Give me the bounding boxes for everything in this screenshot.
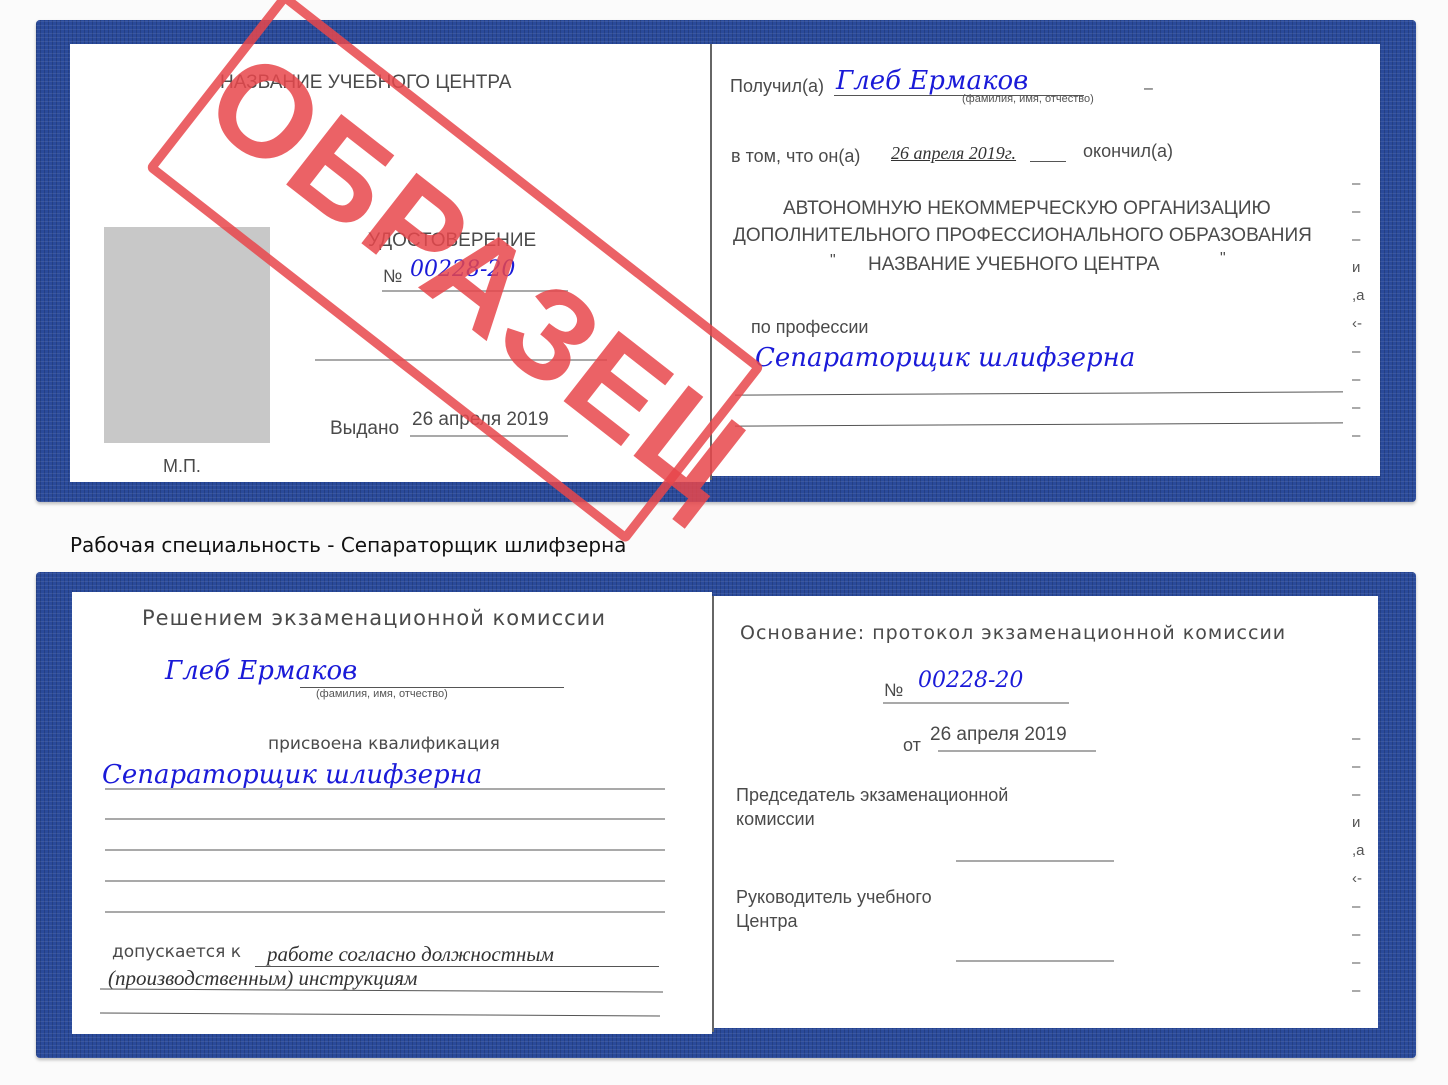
completed-label: окончил(а) [1083, 141, 1173, 162]
edge-mark: – [1352, 954, 1360, 971]
fio-hint: (фамилия, имя, отчество) [962, 93, 1094, 105]
qualification-label: присвоена квалификация [268, 734, 500, 754]
qualification-value: Сепараторщик шлифзерна [102, 760, 482, 790]
org-line-3: НАЗВАНИЕ УЧЕБНОГО ЦЕНТРА [868, 254, 1160, 276]
received-label: Получил(а) [730, 76, 824, 97]
that-label: в том, что он(а) [731, 146, 860, 167]
protocol-date-underline [938, 750, 1096, 752]
protocol-date-label: от [903, 735, 921, 756]
basis-title: Основание: протокол экзаменационной коми… [740, 622, 1286, 644]
org-quote-close: " [1220, 250, 1226, 268]
certificate-number: 00228-20 [410, 257, 515, 282]
number-underline [382, 290, 568, 292]
edge-mark: и [1352, 814, 1360, 831]
edge-mark: – [1352, 898, 1360, 915]
edge-mark: – [1352, 926, 1360, 943]
edge-mark: – [1352, 175, 1360, 192]
chairman-signature-line [956, 860, 1114, 862]
admitted-line-2: (производственным) инструкциям [108, 966, 417, 991]
edge-mark: – [1352, 399, 1360, 416]
edge-mark: – [1352, 343, 1360, 360]
recipient-name: Глеб Ермаков [836, 66, 1028, 96]
stamp-place-label: М.П. [163, 456, 201, 477]
photo-placeholder [104, 227, 270, 443]
specialty-caption: Рабочая специальность - Сепараторщик шли… [70, 533, 626, 557]
doc-title: УДОСТОВЕРЕНИЕ [368, 230, 536, 252]
edge-mark: – [1352, 231, 1360, 248]
profession-value: Сепараторщик шлифзерна [755, 343, 1135, 373]
head-signature-line [956, 960, 1114, 962]
protocol-number: 00228-20 [918, 668, 1023, 693]
qualification-line-2 [105, 818, 665, 820]
org-line-2: ДОПОЛНИТЕЛЬНОГО ПРОФЕССИОНАЛЬНОГО ОБРАЗО… [733, 225, 1312, 247]
edge-mark: и [1352, 259, 1360, 276]
qualification-line-3 [105, 849, 665, 851]
protocol-date: 26 апреля 2019 [930, 724, 1067, 746]
fio-hint-bottom: (фамилия, имя, отчество) [316, 688, 448, 700]
chairman-label-2: комиссии [736, 809, 815, 830]
dash: – [1144, 80, 1153, 98]
edge-mark: – [1352, 427, 1360, 444]
issued-underline [410, 435, 568, 437]
protocol-number-label: № [884, 680, 903, 701]
issued-label: Выдано [330, 418, 399, 440]
edge-mark: ,а [1352, 287, 1365, 304]
protocol-number-underline [883, 702, 1069, 704]
number-label: № [383, 266, 402, 287]
edge-mark: ‹- [1352, 315, 1362, 332]
admitted-line-1: работе согласно должностным [267, 942, 554, 967]
edge-mark: ‹- [1352, 870, 1362, 887]
edge-mark: ,а [1352, 842, 1365, 859]
org-line-1: АВТОНОМНУЮ НЕКОММЕРЧЕСКУЮ ОРГАНИЗАЦИЮ [783, 198, 1271, 220]
blank-line [315, 359, 607, 361]
edge-mark: – [1352, 371, 1360, 388]
edge-mark: – [1352, 203, 1360, 220]
completion-underline [1030, 161, 1066, 162]
chairman-label-1: Председатель экзаменационной [736, 785, 1008, 806]
admitted-label: допускается к [112, 942, 241, 962]
top-fold-line [710, 44, 712, 480]
edge-mark: – [1352, 758, 1360, 775]
edge-mark: – [1352, 982, 1360, 999]
issued-date: 26 апреля 2019 [412, 409, 549, 431]
completion-date: 26 апреля 2019г. [891, 143, 1016, 164]
org-quote-open: " [830, 252, 836, 270]
person-name: Глеб Ермаков [165, 656, 357, 686]
decision-title: Решением экзаменационной комиссии [142, 606, 606, 630]
qualification-line-4 [105, 880, 665, 882]
bottom-fold-line [712, 596, 714, 1032]
edge-mark: – [1352, 730, 1360, 747]
head-label-1: Руководитель учебного [736, 887, 932, 908]
edge-mark: – [1352, 786, 1360, 803]
head-label-2: Центра [736, 911, 798, 932]
qualification-line-1 [105, 788, 665, 790]
org-title: НАЗВАНИЕ УЧЕБНОГО ЦЕНТРА [220, 72, 512, 94]
qualification-line-5 [105, 911, 665, 913]
profession-label: по профессии [751, 317, 868, 338]
